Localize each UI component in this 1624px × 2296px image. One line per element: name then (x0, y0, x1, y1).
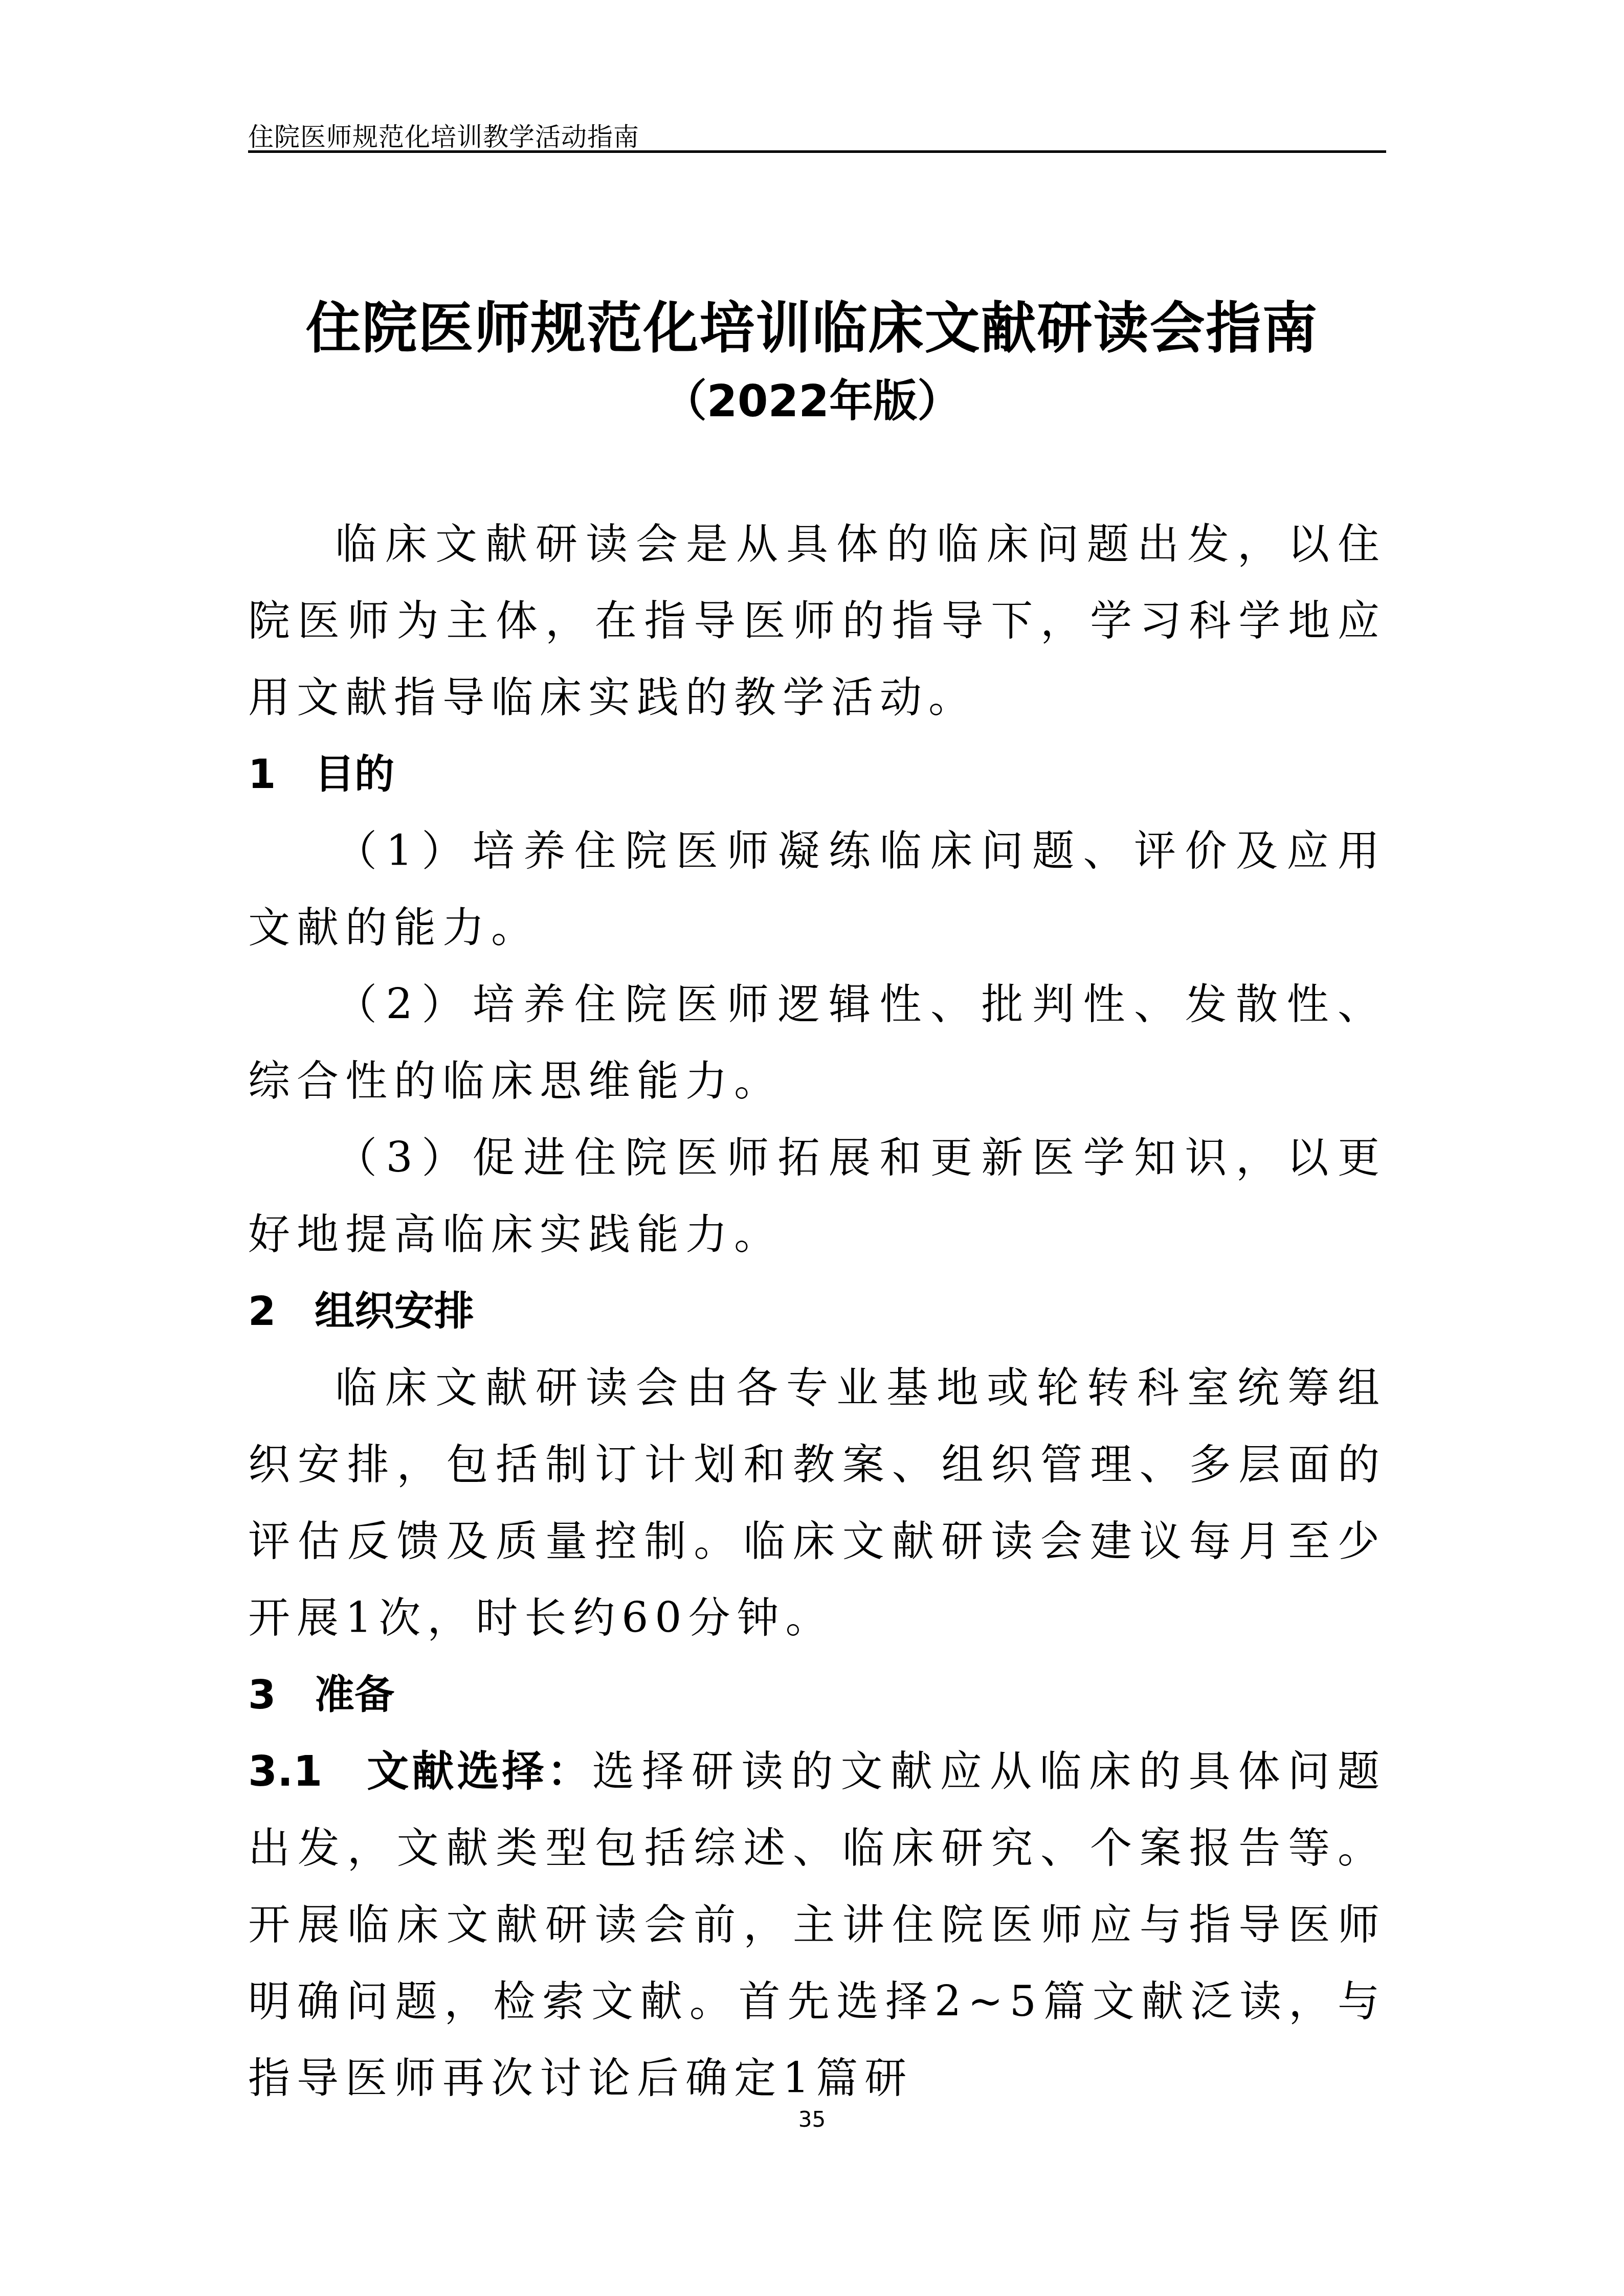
intro-paragraph: 临床文献研读会是从具体的临床问题出发，以住院医师为主体，在指导医师的指导下，学习… (248, 506, 1386, 736)
subsection-title: 文献选择： (366, 1747, 592, 1796)
objective-item-2: （2）培养住院医师逻辑性、批判性、发散性、综合性的临床思维能力。 (248, 966, 1386, 1120)
section-number: 3 (248, 1657, 315, 1734)
section-title: 准备 (315, 1672, 394, 1718)
section-number: 1 (248, 736, 315, 813)
section-title: 目的 (315, 752, 394, 798)
section-heading-1: 1目的 (248, 736, 1386, 813)
document-title: 住院医师规范化培训临床文献研读会指南 (0, 284, 1624, 363)
objective-item-1: （1）培养住院医师凝练临床问题、评价及应用文献的能力。 (248, 813, 1386, 966)
subsection-3-1: 3.1文献选择：选择研读的文献应从临床的具体问题出发，文献类型包括综述、临床研究… (248, 1734, 1386, 2117)
subsection-number: 3.1 (248, 1734, 366, 1810)
document-edition: （2022年版） (0, 366, 1624, 429)
section-number: 2 (248, 1273, 315, 1350)
document-body: 临床文献研读会是从具体的临床问题出发，以住院医师为主体，在指导医师的指导下，学习… (248, 506, 1386, 2117)
section-heading-3: 3准备 (248, 1657, 1386, 1734)
running-header: 住院医师规范化培训教学活动指南 (248, 117, 639, 153)
objective-item-3: （3）促进住院医师拓展和更新医学知识，以更好地提高临床实践能力。 (248, 1120, 1386, 1273)
section-heading-2: 2组织安排 (248, 1273, 1386, 1350)
page-number: 35 (0, 2107, 1624, 2132)
subsection-heading: 3.1文献选择： (248, 1747, 592, 1796)
header-rule (248, 150, 1386, 153)
organization-paragraph: 临床文献研读会由各专业基地或轮转科室统筹组织安排，包括制订计划和教案、组织管理、… (248, 1350, 1386, 1657)
subsection-text: 选择研读的文献应从临床的具体问题出发，文献类型包括综述、临床研究、个案报告等。开… (248, 1747, 1386, 2103)
section-title: 组织安排 (315, 1289, 474, 1335)
